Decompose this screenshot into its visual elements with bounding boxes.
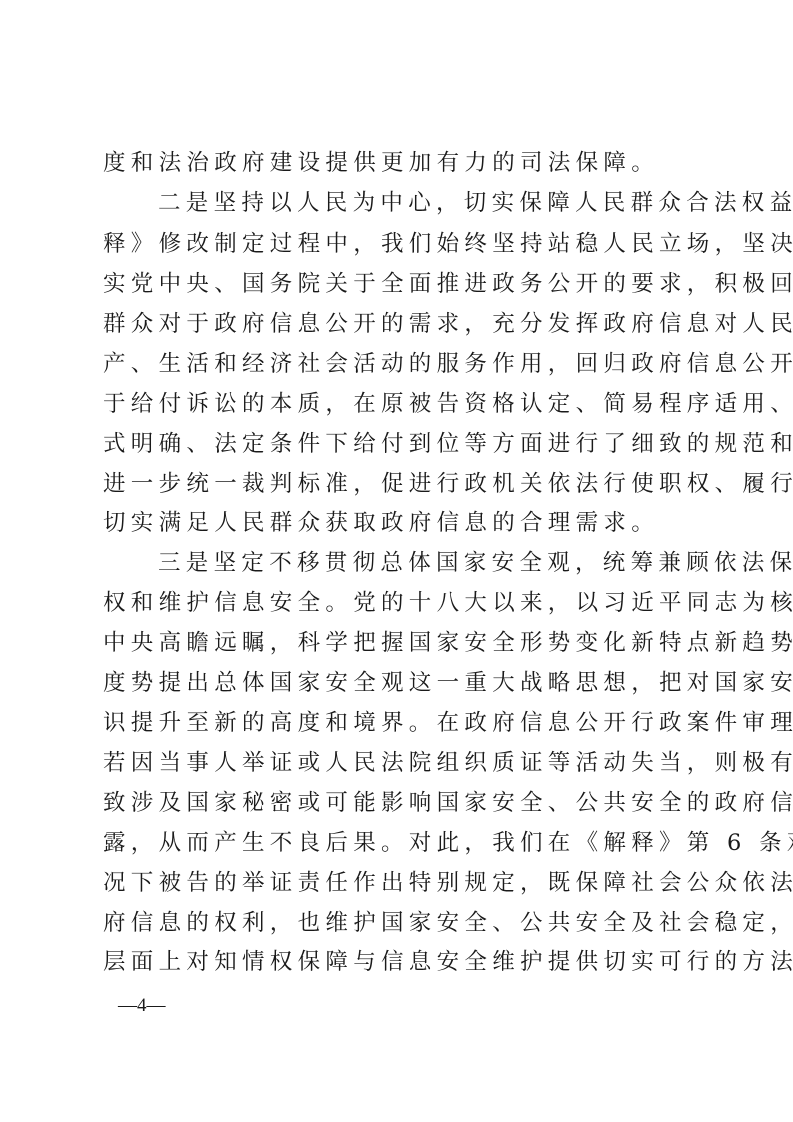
text-line: 度势提出总体国家安全观这一重大战略思想，把对国家安全的认 bbox=[103, 663, 693, 703]
text-line: 中央高瞻远瞩，科学把握国家安全形势变化新特点新趋势，审时 bbox=[103, 623, 693, 663]
text-line: 露，从而产生不良后果。对此，我们在《解释》第 6 条对特定情 bbox=[103, 823, 693, 863]
text-line: 况下被告的举证责任作出特别规定，既保障社会公众依法获取政 bbox=[103, 863, 693, 903]
page-number: —4— bbox=[118, 995, 166, 1017]
document-page: 度和法治政府建设提供更加有力的司法保障。 二是坚持以人民为中心，切实保障人民群众… bbox=[0, 0, 793, 1122]
text-line: 层面上对知情权保障与信息安全维护提供切实可行的方法。 bbox=[103, 942, 693, 982]
text-line: 权和维护信息安全。党的十八大以来，以习近平同志为核心的党 bbox=[103, 583, 693, 623]
text-line: 识提升至新的高度和境界。在政府信息公开行政案件审理过程中， bbox=[103, 703, 693, 743]
text-line: 若因当事人举证或人民法院组织质证等活动失当，则极有可能导 bbox=[103, 743, 693, 783]
text-line: 致涉及国家秘密或可能影响国家安全、公共安全的政府信息被泄 bbox=[103, 783, 693, 823]
text-line: 产、生活和经济社会活动的服务作用，回归政府信息公开诉讼属 bbox=[103, 344, 693, 384]
text-line: 府信息的权利，也维护国家安全、公共安全及社会稳定，在司法 bbox=[103, 903, 693, 943]
text-line: 式明确、法定条件下给付到位等方面进行了细致的规范和引导， bbox=[103, 424, 693, 464]
text-line: 进一步统一裁判标准，促进行政机关依法行使职权、履行义务， bbox=[103, 464, 693, 504]
text-line: 于给付诉讼的本质，在原被告资格认定、简易程序适用、裁判方 bbox=[103, 384, 693, 424]
text-line: 二是坚持以人民为中心，切实保障人民群众合法权益。在《解 bbox=[103, 183, 693, 223]
text-line: 释》修改制定过程中，我们始终坚持站稳人民立场，坚决贯彻落 bbox=[103, 224, 693, 264]
text-line: 实党中央、国务院关于全面推进政务公开的要求，积极回应人民 bbox=[103, 264, 693, 304]
text-line: 切实满足人民群众获取政府信息的合理需求。 bbox=[103, 503, 693, 543]
text-line: 群众对于政府信息公开的需求，充分发挥政府信息对人民群众生 bbox=[103, 304, 693, 344]
text-line: 三是坚定不移贯彻总体国家安全观，统筹兼顾依法保障知情 bbox=[103, 543, 693, 583]
text-line: 度和法治政府建设提供更加有力的司法保障。 bbox=[103, 143, 693, 183]
